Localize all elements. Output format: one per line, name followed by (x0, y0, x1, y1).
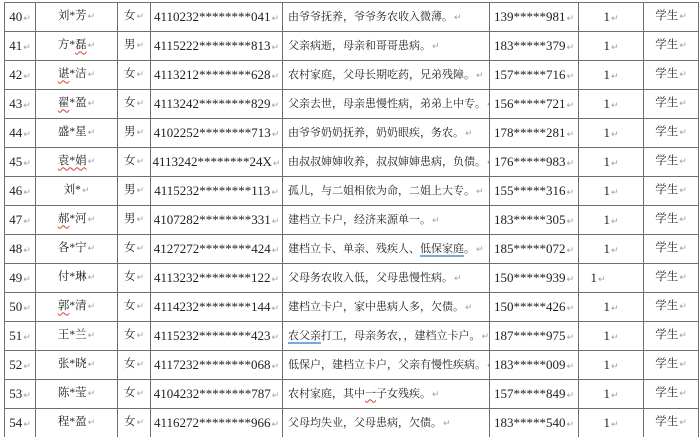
cell-gender[interactable]: 女↵ (118, 293, 151, 322)
cell-gender[interactable]: 女↵ (118, 380, 151, 409)
text-segment: 农村家庭，其中 (288, 388, 365, 400)
cell-phone-number[interactable]: 139*****981↵ (490, 3, 579, 32)
end-of-cell-mark: ↵ (23, 188, 31, 198)
text-segment: 4113242********24X (153, 154, 272, 169)
text-segment: 由爷爷抚养，爷爷务农收入微薄。 (288, 11, 453, 23)
text-segment: *清 (69, 300, 86, 312)
cell-gender[interactable]: 女↵ (118, 90, 151, 119)
end-of-cell-mark: ↵ (23, 275, 31, 285)
cell-text: 178*****281↵ (494, 126, 574, 140)
text-segment: 父母务农收入低，父母患慢性病。 (288, 272, 453, 284)
text-segment: 女 (124, 10, 136, 22)
cell-text: 父母务农收入低，父母患慢性病。↵ (288, 273, 462, 284)
cell-text: 男↵ (124, 127, 144, 139)
text-segment: 50 (9, 299, 22, 314)
text-segment: 学生 (655, 271, 678, 283)
table-body: 40↵刘*芳↵女↵4110232********041↵由爷爷抚养，爷爷务农收入… (5, 3, 699, 437)
cell-text: 157*****849↵ (494, 387, 574, 401)
text-segment: 1 (590, 270, 597, 285)
table-row: 51↵王*兰↵女↵4115232********423↵农父亲打工，母亲务农，，… (5, 322, 699, 351)
cell-gender[interactable]: 男↵ (118, 32, 151, 61)
end-of-cell-mark: ↵ (23, 420, 31, 430)
cell-gender[interactable]: 女↵ (118, 61, 151, 90)
cell-name[interactable]: 各*宁↵ (36, 235, 118, 264)
text-segment: 185*****072 (494, 241, 566, 256)
cell-text: 由爷爷奶奶抚养，奶奶眼疾，务农。↵ (288, 128, 473, 139)
end-of-cell-mark: ↵ (482, 332, 490, 342)
text-segment: 1 (603, 96, 610, 111)
end-of-cell-mark: ↵ (476, 245, 484, 255)
cell-phone-number[interactable]: 187*****975↵ (490, 322, 579, 351)
text-segment: 4114232********144 (154, 299, 271, 314)
end-of-cell-mark: ↵ (88, 128, 96, 138)
cell-situation[interactable]: 建档立卡户，家中患病人多，欠债。↵ (283, 293, 490, 322)
cell-status[interactable]: 学生↵ (644, 380, 699, 409)
cell-gender[interactable]: 女↵ (118, 148, 151, 177)
text-segment: 1 (603, 154, 610, 169)
text-segment: 150*****939 (494, 270, 566, 285)
cell-text: 4115232********423↵ (154, 329, 279, 343)
text-segment: 183*****009 (494, 357, 566, 372)
table-row: 42↵谌*洁↵女↵4113212********628↵农村家庭，父母长期吃药，… (5, 61, 699, 90)
table-row: 45↵袁*娟↵女↵4113242********24X↵由叔叔婶婶收养，叔叔婶婶… (5, 148, 699, 177)
cell-gender[interactable]: 男↵ (118, 119, 151, 148)
cell-name[interactable]: 刘*↵ (36, 177, 118, 206)
cell-serial-number[interactable]: 45↵ (5, 148, 36, 177)
cell-text: 40↵ (9, 10, 31, 24)
cell-id-number[interactable]: 4115232********423↵ (151, 322, 283, 351)
cell-phone-number[interactable]: 178*****281↵ (490, 119, 579, 148)
end-of-cell-mark: ↵ (136, 215, 144, 225)
text-segment: 183*****540 (494, 415, 566, 430)
end-of-cell-mark: ↵ (136, 244, 144, 254)
cell-gender[interactable]: 女↵ (118, 351, 151, 380)
cell-count[interactable]: 1↵ (579, 264, 644, 293)
end-of-cell-mark: ↵ (611, 72, 619, 82)
table-row: 40↵刘*芳↵女↵4110232********041↵由爷爷抚养，爷爷务农收入… (5, 3, 699, 32)
end-of-cell-mark: ↵ (611, 420, 619, 430)
cell-name[interactable]: 付*琳↵ (36, 264, 118, 293)
cell-status[interactable]: 学生↵ (644, 322, 699, 351)
text-segment: 52 (9, 357, 22, 372)
cell-text: 4117232********068↵ (154, 358, 279, 372)
end-of-cell-mark: ↵ (271, 43, 279, 53)
cell-situation[interactable]: 农村家庭，父母长期吃药，兄弟残障。↵ (283, 61, 490, 90)
cell-situation[interactable]: 建档立卡、单亲、残疾人、低保家庭。↵ (283, 235, 490, 264)
cell-phone-number[interactable]: 183*****540↵ (490, 409, 579, 437)
cell-status[interactable]: 学生↵ (644, 32, 699, 61)
cell-id-number[interactable]: 4107282********331↵ (151, 206, 283, 235)
cell-serial-number[interactable]: 49↵ (5, 264, 36, 293)
cell-situation[interactable]: 由叔叔婶婶收养，叔叔婶婶患病，负债。↵ (283, 148, 490, 177)
text-segment: 父亲去世，母亲患慢性病，弟弟上中专。 (288, 98, 486, 110)
cell-text: 4115222********813↵ (154, 39, 279, 53)
cell-id-number[interactable]: 4113242********829↵ (151, 90, 283, 119)
text-segment: 4115232********423 (154, 328, 271, 343)
cell-count[interactable]: 1↵ (579, 32, 644, 61)
cell-status[interactable]: 学生↵ (644, 351, 699, 380)
end-of-cell-mark: ↵ (476, 187, 484, 197)
cell-text: 4110232********041↵ (154, 10, 279, 24)
end-of-cell-mark: ↵ (136, 41, 144, 51)
cell-situation[interactable]: 孤儿，与二姐相依为命，二姐上大专。↵ (283, 177, 490, 206)
text-segment: 学生 (655, 68, 678, 80)
text-segment: 女 (124, 155, 136, 167)
cell-text: 男↵ (124, 40, 144, 52)
cell-status[interactable]: 学生↵ (644, 61, 699, 90)
text-segment-spell-underline: 郭 (58, 300, 70, 312)
text-segment: 学生 (655, 97, 678, 109)
cell-text: 43↵ (9, 97, 31, 111)
end-of-cell-mark: ↵ (443, 419, 451, 429)
end-of-cell-mark: ↵ (679, 244, 687, 254)
cell-status[interactable]: 学生↵ (644, 3, 699, 32)
cell-serial-number[interactable]: 51↵ (5, 322, 36, 351)
text-segment: 4117232********068 (154, 357, 271, 372)
cell-id-number[interactable]: 4115222********813↵ (151, 32, 283, 61)
cell-gender[interactable]: 女↵ (118, 322, 151, 351)
end-of-cell-mark: ↵ (679, 41, 687, 51)
cell-phone-number[interactable]: 185*****072↵ (490, 235, 579, 264)
text-segment: 4107282********331 (154, 212, 271, 227)
text-segment: 男 (124, 184, 136, 196)
cell-phone-number[interactable]: 183*****379↵ (490, 32, 579, 61)
cell-text: 袁*娟↵ (58, 156, 95, 168)
cell-text: 48↵ (9, 242, 31, 256)
text-segment: 低保户，建档立卡户，父亲有慢性疾病。 (288, 359, 486, 371)
table-row: 46↵刘*↵男↵4115232********113↵孤儿，与二姐相依为命，二姐… (5, 177, 699, 206)
table-row: 49↵付*琳↵女↵4113232********122↵父母务农收入低，父母患慢… (5, 264, 699, 293)
end-of-cell-mark: ↵ (23, 246, 31, 256)
cell-text: 学生↵ (655, 127, 687, 139)
cell-phone-number[interactable]: 150*****939↵ (490, 264, 579, 293)
cell-status[interactable]: 学生↵ (644, 177, 699, 206)
cell-text: 学生↵ (655, 417, 687, 429)
cell-serial-number[interactable]: 47↵ (5, 206, 36, 235)
cell-serial-number[interactable]: 48↵ (5, 235, 36, 264)
cell-serial-number[interactable]: 46↵ (5, 177, 36, 206)
table-row: 48↵各*宁↵女↵4127272********424↵建档立卡、单亲、残疾人、… (5, 235, 699, 264)
cell-phone-number[interactable]: 183*****305↵ (490, 206, 579, 235)
end-of-cell-mark: ↵ (23, 159, 31, 169)
end-of-cell-mark: ↵ (611, 43, 619, 53)
cell-phone-number[interactable]: 155*****316↵ (490, 177, 579, 206)
cell-count[interactable]: 1↵ (579, 206, 644, 235)
cell-text: 1↵ (603, 358, 618, 372)
cell-phone-number[interactable]: 157*****849↵ (490, 380, 579, 409)
end-of-cell-mark: ↵ (136, 302, 144, 312)
cell-situation[interactable]: 农村家庭，其中一子女残疾。↵ (283, 380, 490, 409)
cell-situation[interactable]: 农父亲打工，母亲务农，，建档立卡户。↵ (283, 322, 490, 351)
cell-count[interactable]: 1↵ (579, 235, 644, 264)
cell-count[interactable]: 1↵ (579, 322, 644, 351)
end-of-cell-mark: ↵ (271, 304, 279, 314)
text-segment: 打工，母亲务农，，建档立卡户。 (321, 330, 481, 342)
text-segment: 父亲病逝，母亲和哥哥患病。 (288, 40, 431, 52)
cell-status[interactable]: 学生↵ (644, 206, 699, 235)
cell-status[interactable]: 学生↵ (644, 119, 699, 148)
cell-text: 1↵ (603, 68, 618, 82)
cell-serial-number[interactable]: 42↵ (5, 61, 36, 90)
cell-id-number[interactable]: 4113242********24X↵ (151, 148, 283, 177)
end-of-cell-mark: ↵ (432, 390, 440, 400)
end-of-cell-mark: ↵ (611, 188, 619, 198)
text-segment: 学生 (655, 10, 678, 22)
end-of-cell-mark: ↵ (679, 215, 687, 225)
end-of-cell-mark: ↵ (679, 273, 687, 283)
cell-text: 女↵ (124, 301, 144, 313)
text-segment: 由叔叔婶婶收养，叔叔婶婶患病，负债。 (288, 156, 486, 168)
text-segment: 程*盈 (58, 416, 87, 428)
cell-phone-number[interactable]: 157*****716↵ (490, 61, 579, 90)
cell-situation[interactable]: 由爷爷抚养，爷爷务农收入微薄。↵ (283, 3, 490, 32)
cell-status[interactable]: 学生↵ (644, 148, 699, 177)
end-of-cell-mark: ↵ (82, 186, 90, 196)
cell-count[interactable]: 1↵ (579, 409, 644, 437)
cell-text: 农父亲打工，母亲务农，，建档立卡户。↵ (288, 331, 489, 342)
text-segment-grammar-underline: 农父亲 (288, 330, 321, 342)
text-segment: 1 (603, 183, 610, 198)
cell-count[interactable]: 1↵ (579, 119, 644, 148)
cell-serial-number[interactable]: 41↵ (5, 32, 36, 61)
cell-count[interactable]: 1↵ (579, 3, 644, 32)
cell-id-number[interactable]: 4116272********966↵ (151, 409, 283, 437)
cell-name[interactable]: 张*晓↵ (36, 351, 118, 380)
end-of-cell-mark: ↵ (136, 128, 144, 138)
cell-gender[interactable]: 女↵ (118, 235, 151, 264)
cell-text: 女↵ (124, 69, 144, 81)
cell-text: 低保户，建档立卡户，父亲有慢性疾病。↵ (288, 360, 490, 371)
cell-id-number[interactable]: 4102252********713↵ (151, 119, 283, 148)
cell-text: 女↵ (124, 243, 144, 255)
cell-serial-number[interactable]: 44↵ (5, 119, 36, 148)
cell-id-number[interactable]: 4117232********068↵ (151, 351, 283, 380)
cell-text: 男↵ (124, 185, 144, 197)
end-of-cell-mark: ↵ (679, 70, 687, 80)
end-of-cell-mark: ↵ (454, 13, 462, 23)
cell-text: 157*****716↵ (494, 68, 574, 82)
end-of-cell-mark: ↵ (23, 217, 31, 227)
text-segment: 53 (9, 386, 22, 401)
end-of-cell-mark: ↵ (271, 420, 279, 430)
end-of-cell-mark: ↵ (23, 43, 31, 53)
cell-phone-number[interactable]: 183*****009↵ (490, 351, 579, 380)
text-segment: 女 (124, 68, 136, 80)
text-segment: 157*****849 (494, 386, 566, 401)
cell-name[interactable]: 盛*星↵ (36, 119, 118, 148)
cell-text: 1↵ (603, 416, 618, 430)
cell-name[interactable]: 陈*莹↵ (36, 380, 118, 409)
cell-serial-number[interactable]: 54↵ (5, 409, 36, 437)
end-of-cell-mark: ↵ (88, 99, 96, 109)
cell-situation[interactable]: 父母务农收入低，父母患慢性病。↵ (283, 264, 490, 293)
cell-text: 45↵ (9, 155, 31, 169)
cell-gender[interactable]: 女↵ (118, 409, 151, 437)
cell-status[interactable]: 学生↵ (644, 90, 699, 119)
end-of-cell-mark: ↵ (566, 304, 574, 314)
end-of-cell-mark: ↵ (23, 304, 31, 314)
cell-name[interactable]: 袁*娟↵ (36, 148, 118, 177)
cell-name[interactable]: 刘*芳↵ (36, 3, 118, 32)
text-segment: 4115232********113 (154, 183, 270, 198)
cell-status[interactable]: 学生↵ (644, 293, 699, 322)
text-segment: 4127272********424 (154, 241, 271, 256)
cell-serial-number[interactable]: 53↵ (5, 380, 36, 409)
cell-serial-number[interactable]: 43↵ (5, 90, 36, 119)
cell-situation[interactable]: 建档立卡户，经济来源单一。↵ (283, 206, 490, 235)
text-segment: 4116272********966 (154, 415, 271, 430)
text-segment: 139*****981 (494, 9, 566, 24)
cell-name[interactable]: 程*盈↵ (36, 409, 118, 437)
cell-text: 150*****939↵ (494, 271, 574, 285)
cell-status[interactable]: 学生↵ (644, 264, 699, 293)
cell-count[interactable]: 1↵ (579, 380, 644, 409)
cell-text: 农村家庭，其中一子女残疾。↵ (288, 389, 440, 400)
cell-id-number[interactable]: 4104232********787↵ (151, 380, 283, 409)
cell-phone-number[interactable]: 156*****721↵ (490, 90, 579, 119)
cell-situation[interactable]: 父亲去世，母亲患慢性病，弟弟上中专。↵ (283, 90, 490, 119)
cell-situation[interactable]: 由爷爷奶奶抚养，奶奶眼疾，务农。↵ (283, 119, 490, 148)
table-row: 41↵方*磊↵男↵4115222********813↵父亲病逝，母亲和哥哥患病… (5, 32, 699, 61)
cell-name[interactable]: 谌*洁↵ (36, 61, 118, 90)
table-row: 50↵郭*清↵女↵4114232********144↵建档立卡户，家中患病人多… (5, 293, 699, 322)
end-of-cell-mark: ↵ (566, 43, 574, 53)
text-segment: 4113212********628 (154, 67, 271, 82)
cell-name[interactable]: 郭*清↵ (36, 293, 118, 322)
cell-text: 54↵ (9, 416, 31, 430)
text-segment: 父母均失业，父母患病，欠债。 (288, 417, 442, 429)
text-segment-spell-underline: 翟 (58, 97, 70, 109)
text-segment: 44 (9, 125, 22, 140)
cell-serial-number[interactable]: 50↵ (5, 293, 36, 322)
text-segment: 陈*莹 (58, 387, 87, 399)
text-segment: 150*****426 (494, 299, 566, 314)
cell-count[interactable]: 1↵ (579, 90, 644, 119)
text-segment: 155*****316 (494, 183, 566, 198)
end-of-cell-mark: ↵ (88, 302, 96, 312)
cell-text: 建档立卡户，经济来源单一。↵ (288, 215, 440, 226)
cell-text: 父亲病逝，母亲和哥哥患病。↵ (288, 41, 440, 52)
cell-text: 4115232********113↵ (154, 184, 279, 198)
end-of-cell-mark: ↵ (465, 129, 473, 139)
cell-count[interactable]: 1↵ (579, 61, 644, 90)
cell-text: 谌*洁↵ (58, 69, 95, 81)
cell-text: 4102252********713↵ (154, 126, 280, 140)
cell-gender[interactable]: 男↵ (118, 177, 151, 206)
cell-situation[interactable]: 父亲病逝，母亲和哥哥患病。↵ (283, 32, 490, 61)
text-segment: 187*****975 (494, 328, 566, 343)
cell-gender[interactable]: 男↵ (118, 206, 151, 235)
cell-gender[interactable]: 女↵ (118, 264, 151, 293)
text-segment: 女 (124, 242, 136, 254)
end-of-cell-mark: ↵ (611, 14, 619, 24)
text-segment: 45 (9, 154, 22, 169)
text-segment: 张*晓 (58, 358, 87, 370)
cell-text: 1↵ (603, 300, 618, 314)
cell-id-number[interactable]: 4115232********113↵ (151, 177, 283, 206)
text-segment-spell-underline: 郝 (58, 213, 70, 225)
cell-gender[interactable]: 女↵ (118, 3, 151, 32)
end-of-cell-mark: ↵ (23, 391, 31, 401)
cell-count[interactable]: 1↵ (579, 293, 644, 322)
text-segment: 学生 (655, 184, 678, 196)
cell-id-number[interactable]: 4113232********122↵ (151, 264, 283, 293)
text-segment: 1 (603, 212, 610, 227)
cell-name[interactable]: 郝*河↵ (36, 206, 118, 235)
cell-serial-number[interactable]: 40↵ (5, 3, 36, 32)
cell-situation[interactable]: 低保户，建档立卡户，父亲有慢性疾病。↵ (283, 351, 490, 380)
end-of-cell-mark: ↵ (271, 72, 279, 82)
cell-name[interactable]: 翟*盈↵ (36, 90, 118, 119)
end-of-cell-mark: ↵ (23, 101, 31, 111)
text-segment: 方* (58, 39, 75, 51)
cell-text: 4104232********787↵ (154, 387, 280, 401)
end-of-cell-mark: ↵ (432, 216, 440, 226)
cell-text: 185*****072↵ (494, 242, 574, 256)
cell-text: 学生↵ (655, 11, 687, 23)
cell-phone-number[interactable]: 176*****983↵ (490, 148, 579, 177)
text-segment: 176*****983 (494, 154, 566, 169)
end-of-cell-mark: ↵ (476, 71, 484, 81)
table-row: 52↵张*晓↵女↵4117232********068↵低保户，建档立卡户，父亲… (5, 351, 699, 380)
cell-situation[interactable]: 父母均失业，父母患病，欠债。↵ (283, 409, 490, 437)
text-segment-spell-underline: 谌 (58, 68, 70, 80)
cell-id-number[interactable]: 4114232********144↵ (151, 293, 283, 322)
cell-id-number[interactable]: 4110232********041↵ (151, 3, 283, 32)
end-of-cell-mark: ↵ (136, 12, 144, 22)
end-of-cell-mark: ↵ (271, 101, 279, 111)
cell-text: 1↵ (603, 126, 618, 140)
end-of-cell-mark: ↵ (566, 275, 574, 285)
cell-status[interactable]: 学生↵ (644, 235, 699, 264)
text-segment: 40 (9, 9, 22, 24)
text-segment: 1 (603, 241, 610, 256)
cell-count[interactable]: 1↵ (579, 351, 644, 380)
cell-text: 4127272********424↵ (154, 242, 280, 256)
cell-text: 孤儿，与二姐相依为命，二姐上大专。↵ (288, 186, 484, 197)
cell-text: 由爷爷抚养，爷爷务农收入微薄。↵ (288, 12, 462, 23)
end-of-cell-mark: ↵ (566, 391, 574, 401)
cell-phone-number[interactable]: 150*****426↵ (490, 293, 579, 322)
end-of-cell-mark: ↵ (88, 41, 96, 51)
end-of-cell-mark: ↵ (611, 333, 619, 343)
cell-text: 155*****316↵ (494, 184, 574, 198)
end-of-cell-mark: ↵ (432, 42, 440, 52)
cell-name[interactable]: 方*磊↵ (36, 32, 118, 61)
cell-count[interactable]: 1↵ (579, 177, 644, 206)
end-of-cell-mark: ↵ (88, 389, 96, 399)
text-segment: 学生 (655, 358, 678, 370)
cell-id-number[interactable]: 4127272********424↵ (151, 235, 283, 264)
text-segment: 学生 (655, 300, 678, 312)
text-segment: *河 (69, 213, 86, 225)
cell-text: 学生↵ (655, 272, 687, 284)
cell-text: 刘*芳↵ (58, 11, 95, 23)
end-of-cell-mark: ↵ (679, 128, 687, 138)
end-of-cell-mark: ↵ (88, 244, 96, 254)
text-segment: 学生 (655, 242, 678, 254)
end-of-cell-mark: ↵ (23, 362, 31, 372)
end-of-cell-mark: ↵ (566, 130, 574, 140)
table-row: 47↵郝*河↵男↵4107282********331↵建档立卡户，经济来源单一… (5, 206, 699, 235)
cell-id-number[interactable]: 4113212********628↵ (151, 61, 283, 90)
end-of-cell-mark: ↵ (273, 159, 281, 169)
cell-text: 1↵ (603, 387, 618, 401)
cell-count[interactable]: 1↵ (579, 148, 644, 177)
cell-name[interactable]: 王*兰↵ (36, 322, 118, 351)
cell-status[interactable]: 学生↵ (644, 409, 699, 437)
cell-serial-number[interactable]: 52↵ (5, 351, 36, 380)
